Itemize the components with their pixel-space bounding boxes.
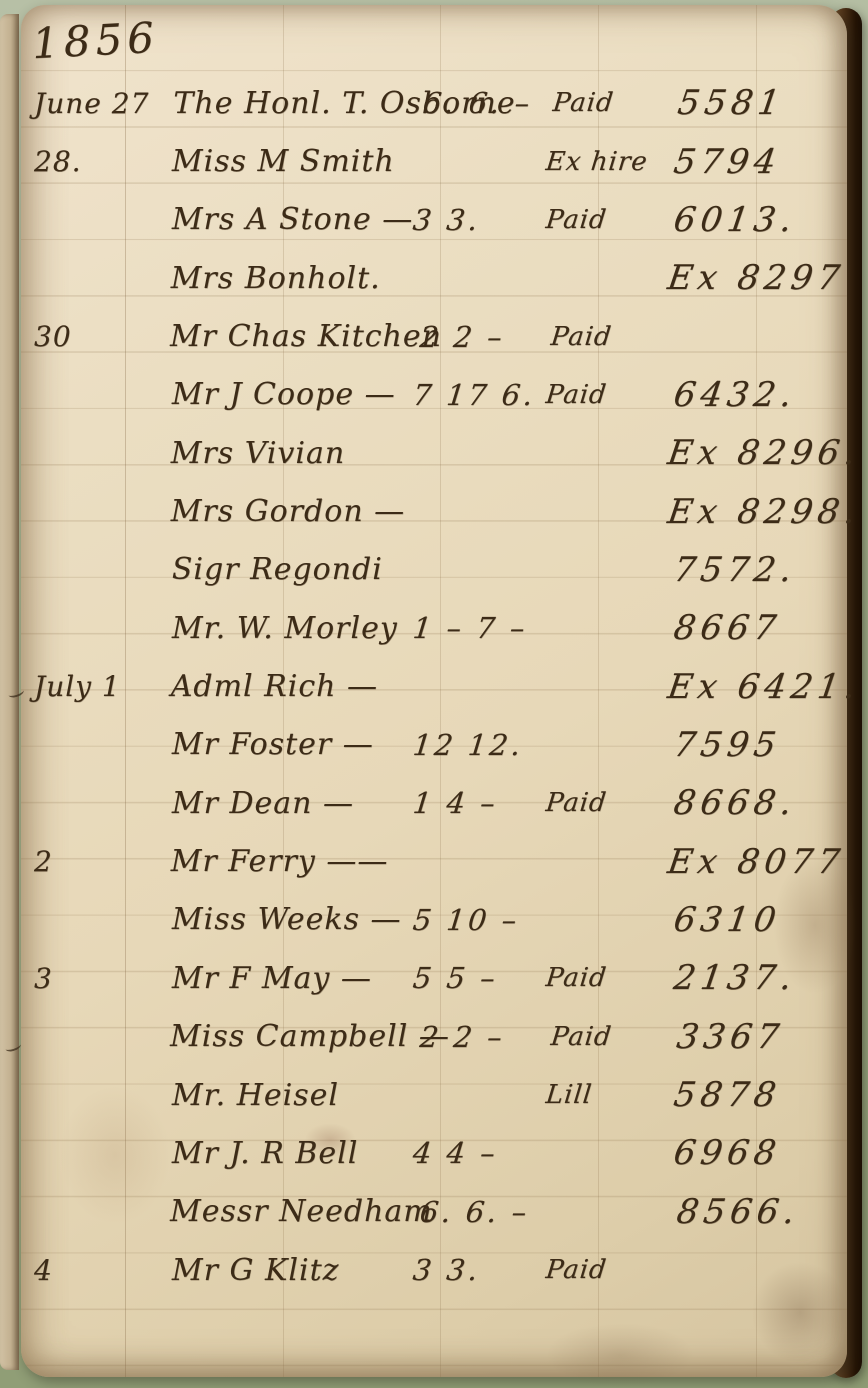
- entry-number: 6968: [657, 1133, 846, 1173]
- entry-amount: 3 3.: [411, 1253, 548, 1287]
- ledger-row: Mrs A Stone — 3 3. Paid 6013.: [22, 191, 844, 249]
- entry-name: Miss Campbell —: [146, 1019, 420, 1054]
- entry-amount: 5 10 –: [411, 903, 548, 937]
- entry-name: Mrs Bonholt.: [147, 261, 410, 296]
- entry-number: 6013.: [657, 200, 846, 240]
- ledger-row: Miss Campbell — 2 2 – Paid 3367: [22, 1008, 844, 1066]
- entry-number: Ex 8296.: [651, 433, 847, 473]
- ledger-row: Mr. W. Morley 1 – 7 – 8667: [22, 599, 844, 657]
- entry-number: 6432.: [657, 375, 846, 415]
- entry-amount: 4 4 –: [411, 1136, 548, 1170]
- entry-amount: 1 – 7 –: [411, 611, 548, 645]
- ledger-row: 4 Mr G Klitz 3 3. Paid: [22, 1241, 844, 1299]
- entry-status: Paid: [545, 788, 662, 818]
- entry-number: 6310: [657, 900, 846, 940]
- entry-name: Mr. W. Morley: [148, 611, 413, 646]
- entry-name: Miss M Smith: [148, 144, 413, 179]
- ledger-row: 3 Mr F May — 5 5 – Paid 2137.: [22, 949, 844, 1007]
- entry-number: 5878: [657, 1075, 846, 1115]
- entry-name: Mrs Gordon —: [147, 494, 410, 529]
- entry-status: Paid: [545, 963, 662, 993]
- entry-number: 3367: [660, 1017, 847, 1057]
- entry-status: Paid: [549, 1022, 664, 1052]
- ledger-row: 30 Mr Chas Kitchen 2 2 – Paid: [22, 307, 844, 365]
- entry-name: Miss Weeks —: [148, 902, 413, 937]
- entry-number: 8566.: [660, 1192, 847, 1232]
- entry-status: Paid: [545, 205, 662, 235]
- entry-name: Messr Needham: [146, 1194, 420, 1229]
- entry-amount: 12 12.: [411, 728, 548, 762]
- ledger-row: Miss Weeks — 5 10 – 6310: [22, 891, 844, 949]
- entry-status: Paid: [549, 322, 664, 352]
- entry-amount: 2 2 –: [418, 1020, 553, 1054]
- entry-number: Ex 8298.: [651, 492, 847, 532]
- ledger-row: Mr Dean — 1 4 – Paid 8668.: [22, 774, 844, 832]
- entry-number: 7572.: [657, 550, 846, 590]
- ledger-row: Mrs Bonholt. Ex 8297: [22, 249, 844, 307]
- page-year: 1856: [31, 13, 160, 69]
- entry-name: Mrs A Stone —: [148, 202, 413, 237]
- entry-date: 30: [22, 320, 146, 353]
- entry-number: 8668.: [657, 783, 846, 823]
- entry-date: 3: [22, 962, 148, 995]
- entry-number: 5794: [657, 142, 846, 182]
- entry-name: Mr J Coope —: [148, 377, 413, 412]
- entry-status: Paid: [552, 88, 666, 118]
- entry-name: Mr G Klitz: [148, 1253, 413, 1288]
- ledger-row: Mr Foster — 12 12. 7595: [22, 716, 844, 774]
- entry-name: Mr J. R Bell: [148, 1136, 413, 1171]
- entry-number: 8667: [657, 608, 846, 648]
- entry-status: Paid: [545, 1255, 662, 1285]
- entry-name: Mr Dean —: [148, 786, 413, 821]
- entry-date: June 27: [22, 87, 149, 120]
- entry-name: Mrs Vivian: [147, 436, 410, 471]
- entry-amount: 6. 6. –: [422, 86, 555, 120]
- entry-name: Sigr Regondi: [148, 552, 413, 587]
- ledger-row: Mr J Coope — 7 17 6. Paid 6432.: [22, 366, 844, 424]
- entry-status: Ex hire: [545, 147, 662, 177]
- entry-amount: 2 2 –: [418, 320, 553, 354]
- entry-name: Adml Rich —: [147, 669, 410, 704]
- ledger-entries: June 27 The Honl. T. Osborne 6. 6. – Pai…: [22, 74, 844, 1299]
- entry-amount: 5 5 –: [411, 961, 548, 995]
- entry-number: Ex 8297: [651, 258, 847, 298]
- entry-name: Mr F May —: [148, 961, 413, 996]
- entry-date: July 1: [22, 670, 147, 703]
- entry-date: 2: [22, 845, 147, 878]
- entry-number: 7595: [657, 725, 846, 765]
- entry-number: 2137.: [657, 958, 846, 998]
- ledger-row: Mrs Gordon — Ex 8298.: [22, 482, 844, 540]
- entry-date: 4: [22, 1254, 148, 1287]
- entry-date: 28.: [22, 145, 148, 178]
- entry-amount: 7 17 6.: [411, 378, 548, 412]
- entry-status: Paid: [545, 380, 662, 410]
- entry-name: Mr Foster —: [148, 727, 413, 762]
- ledger-row: 28. Miss M Smith Ex hire 5794: [22, 132, 844, 190]
- entry-number: Ex 8077: [651, 842, 847, 882]
- ledger-row: July 1 Adml Rich — Ex 6421.: [22, 657, 844, 715]
- entry-amount: 3 3.: [412, 203, 549, 237]
- ledger-row: Mr J. R Bell 4 4 – 6968: [22, 1124, 844, 1182]
- ledger-row: June 27 The Honl. T. Osborne 6. 6. – Pai…: [22, 74, 844, 132]
- ledger-row: Messr Needham 6. 6. – 8566.: [22, 1183, 844, 1241]
- entry-number: Ex 6421.: [651, 667, 847, 707]
- ledger-row: 2 Mr Ferry —— Ex 8077: [22, 832, 844, 890]
- entry-amount: 6. 6. –: [418, 1195, 553, 1229]
- ledger-row: Mr. Heisel Lill 5878: [22, 1066, 844, 1124]
- entry-name: Mr Chas Kitchen: [146, 319, 420, 354]
- entry-number: 5581: [662, 83, 847, 123]
- entry-name: Mr Ferry ——: [147, 844, 410, 879]
- entry-amount: 1 4 –: [411, 786, 548, 820]
- ledger-row: Sigr Regondi 7572.: [22, 541, 844, 599]
- entry-name: The Honl. T. Osborne: [149, 86, 423, 121]
- entry-name: Mr. Heisel: [148, 1078, 413, 1113]
- ledger-row: Mrs Vivian Ex 8296.: [22, 424, 844, 482]
- entry-status: Lill: [545, 1080, 662, 1110]
